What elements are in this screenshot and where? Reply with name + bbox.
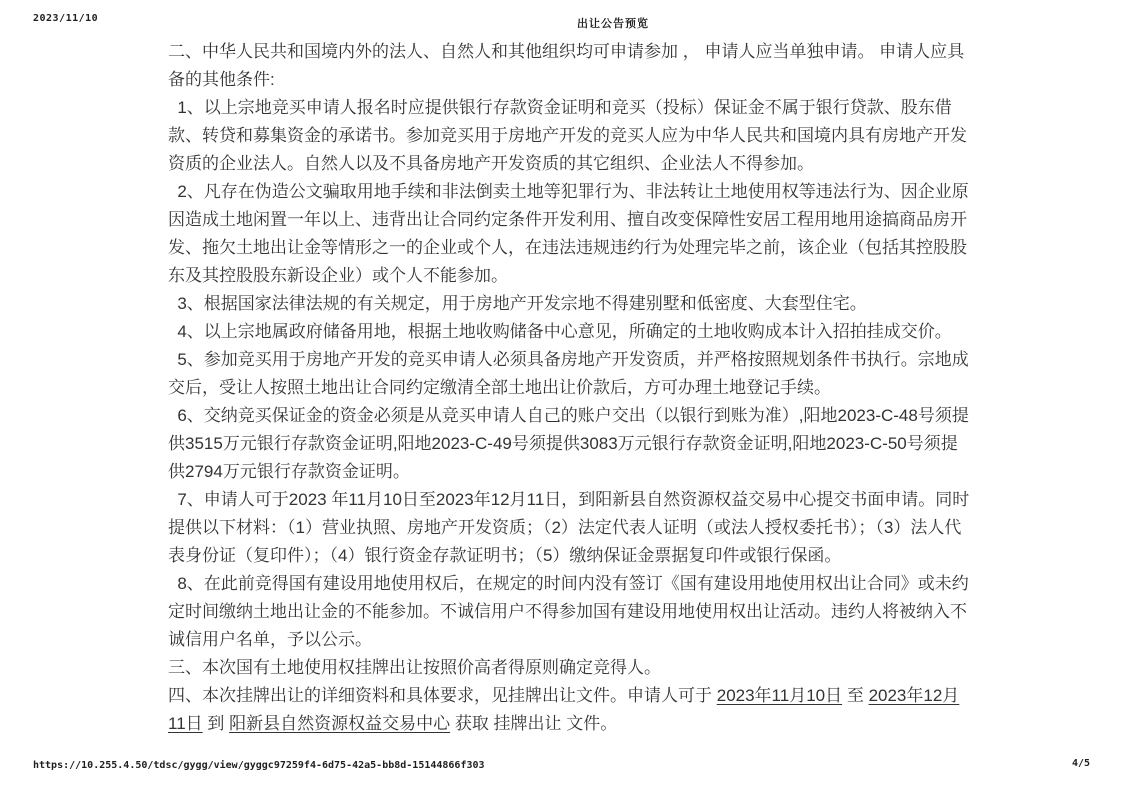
document-body: 二、中华人民共和国境内外的法人、自然人和其他组织均可申请参加 ， 申请人应当单独… [168,38,974,738]
condition-item-6: 6、交纳竞买保证金的资金必须是从竞买申请人自己的账户交出（以银行到账为准）,阳地… [168,402,974,486]
trade-center-link[interactable]: 阳新县自然资源权益交易中心 [229,714,450,733]
section-4-text: 获取 挂牌出让 文件。 [450,714,617,733]
section-4-text: 至 [842,686,868,705]
start-date-link[interactable]: 2023年11月10日 [717,686,842,705]
condition-item-4: 4、以上宗地属政府储备用地，根据土地收购储备中心意见，所确定的土地收购成本计入招… [168,318,974,346]
section-3: 三、本次国有土地使用权挂牌出让按照价高者得原则确定竞得人。 [168,654,974,682]
footer-url: https://10.255.4.50/tdsc/gygg/view/gyggc… [33,760,485,771]
condition-item-1: 1、以上宗地竞买申请人报名时应提供银行存款资金证明和竞买（投标）保证金不属于银行… [168,94,974,178]
condition-item-2: 2、凡存在伪造公文骗取用地手续和非法倒卖土地等犯罪行为、非法转让土地使用权等违法… [168,178,974,290]
page-title: 出让公告预览 [577,15,649,31]
section-4-text: 到 [203,714,229,733]
section-4-text: 四、本次挂牌出让的详细资料和具体要求，见挂牌出让文件。申请人可于 [168,686,717,705]
print-preview-page: 2023/11/10 出让公告预览 二、中华人民共和国境内外的法人、自然人和其他… [0,0,1123,794]
condition-item-5: 5、参加竞买用于房地产开发的竞买申请人必须具备房地产开发资质，并严格按照规划条件… [168,346,974,402]
section-4: 四、本次挂牌出让的详细资料和具体要求，见挂牌出让文件。申请人可于 2023年11… [168,682,974,738]
condition-item-7: 7、申请人可于2023 年11月10日至2023年12月11日，到阳新县自然资源… [168,486,974,570]
condition-item-3: 3、根据国家法律法规的有关规定，用于房地产开发宗地不得建别墅和低密度、大套型住宅… [168,290,974,318]
section-2-intro: 二、中华人民共和国境内外的法人、自然人和其他组织均可申请参加 ， 申请人应当单独… [168,38,974,94]
footer-page-number: 4/5 [1072,758,1090,769]
condition-item-8: 8、在此前竞得国有建设用地使用权后，在规定的时间内没有签订《国有建设用地使用权出… [168,570,974,654]
print-header-date: 2023/11/10 [33,13,98,24]
